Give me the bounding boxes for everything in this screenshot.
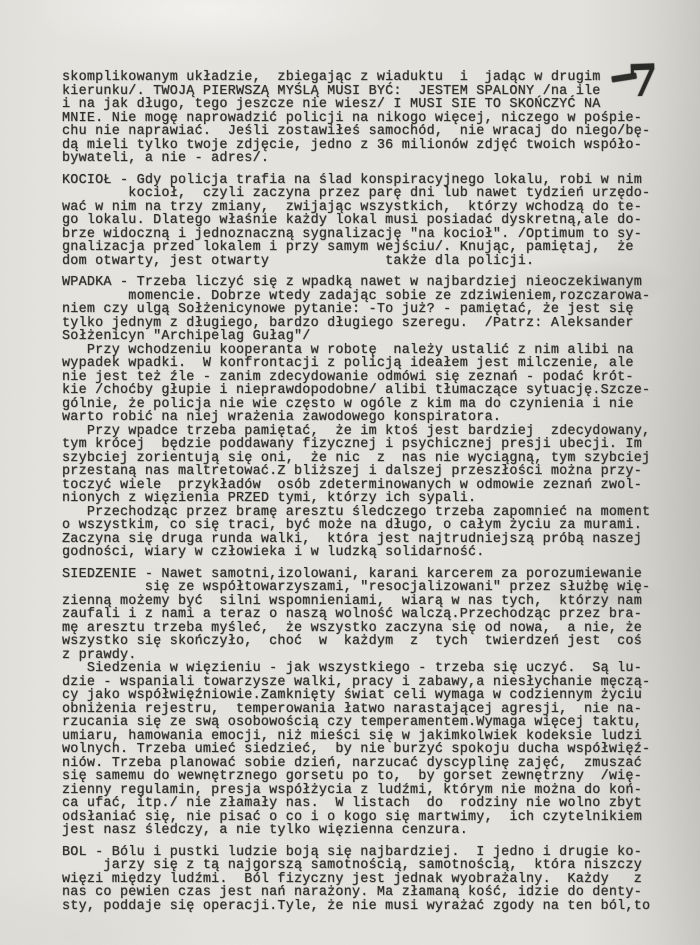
text-column: skomplikowanym układzie, zbiegając z wia… — [62, 71, 672, 913]
text-line: dą mieli tylko twoje zdjęcie, jedno z 36… — [62, 139, 672, 153]
text-line: dzie - wspaniali towarzysze walki, pracy… — [62, 676, 672, 690]
paragraph-kooperant: Przy wchodzeniu kooperanta w robotę nale… — [62, 344, 672, 425]
text-line: zienny regulamin, presja współżycia z lu… — [62, 784, 672, 798]
text-line: tylko jednym z długiego, bardzo długiego… — [62, 317, 672, 331]
text-line: kocioł, czyli zaczyna przez parę dni lub… — [62, 187, 672, 201]
text-line: brze widoczną i jednoznaczną sygnalizacj… — [62, 228, 672, 242]
entry-kociol: KOCIOŁ - Gdy policja trafia na ślad kons… — [62, 174, 672, 269]
text-line: gólnie, że policja nie wie często w ogól… — [62, 398, 672, 412]
text-line: zaufali i z nami a teraz o naszą wolność… — [62, 608, 672, 622]
text-line: niów. Trzeba planować sobie dzień, narzu… — [62, 757, 672, 771]
text-line: momencie. Dobrze wtedy zadając sobie ze … — [62, 290, 672, 304]
text-line: jest nasz śledczy, a nie tylko więzienna… — [62, 824, 672, 838]
text-line: o wszystkim, co się traci, być może na d… — [62, 519, 672, 533]
text-line: niem czy ulgą Sołżenicynowe pytanie: -To… — [62, 303, 672, 317]
text-line: gnalizacja przed lokalem i przy samym we… — [62, 241, 672, 255]
text-line: wszystko się skończyło, choć w każdym z … — [62, 635, 672, 649]
text-line: ca ufać, itp./ nie złamały nas. W listac… — [62, 797, 672, 811]
text-line: więzi między ludźmi. Ból fizyczny jest j… — [62, 873, 672, 887]
text-line: i na jak długo, tego jeszcze nie wiesz/ … — [62, 98, 672, 112]
text-line: wać w nim na trzy zmiany, zwijając wszys… — [62, 201, 672, 215]
text-line: kie /choćby głupie i nieprawdopodobne/ a… — [62, 384, 672, 398]
text-line: z prawdy. — [62, 649, 672, 663]
text-line: warto robić na niej wrażenia zawodowego … — [62, 411, 672, 425]
text-line: obniżenia rejestru, temperowania łatwo n… — [62, 703, 672, 717]
text-line: cy jako współwięźniowie.Zamknięty świat … — [62, 689, 672, 703]
text-line: skomplikowanym układzie, zbiegając z wia… — [62, 71, 672, 85]
text-line: go lokalu. Dlatego właśnie każdy lokal m… — [62, 214, 672, 228]
entry-wpadka: WPADKA - Trzeba liczyć się z wpadką nawe… — [62, 276, 672, 344]
text-line: toczyć wiele przykładów osób zdeterminow… — [62, 479, 672, 493]
paragraph-brama-aresztu: Przechodząc przez bramę aresztu śledczeg… — [62, 506, 672, 560]
page-number: 7 — [627, 63, 659, 100]
text-line: wypadek wpadki. W konfrontacji z policją… — [62, 357, 672, 371]
text-line: KOCIOŁ - Gdy policja trafia na ślad kons… — [62, 174, 672, 188]
text-line: MNIE. Nie mogę naprowadzić policji na ni… — [62, 112, 672, 126]
intro-continuation: skomplikowanym układzie, zbiegając z wia… — [62, 71, 672, 166]
text-line: nie jest też źle - zanim zdecydowanie od… — [62, 371, 672, 385]
text-line: się samemu do wewnętrznego gorsetu po to… — [62, 770, 672, 784]
text-line: WPADKA - Trzeba liczyć się z wpadką nawe… — [62, 276, 672, 290]
text-line: godności, wiary w człowieka i w ludzką s… — [62, 546, 672, 560]
text-line: nas co pewien czas jest nań narażony. Ma… — [62, 886, 672, 900]
text-line: rzucania się ze swą osobowością czy temp… — [62, 716, 672, 730]
text-line: odsłaniać się, nie pisać o co i o kogo s… — [62, 811, 672, 825]
text-line: kierunku/. TWOJĄ PIERWSZĄ MYŚLĄ MUSI BYĆ… — [62, 85, 672, 99]
text-line: mę aresztu trzeba myśleć, że wszystko za… — [62, 622, 672, 636]
text-line: Przechodząc przez bramę aresztu śledczeg… — [62, 506, 672, 520]
text-line: BOL - Bólu i pustki ludzie boją się najb… — [62, 846, 672, 860]
text-line: tym krócej będzie poddawany fizycznej i … — [62, 438, 672, 452]
entry-bol: BOL - Bólu i pustki ludzie boją się najb… — [62, 846, 672, 914]
text-line: przestaną nas maltretować.Z bliższej i d… — [62, 465, 672, 479]
text-line: Siedzenia w więzieniu - jak wszystkiego … — [62, 662, 672, 676]
text-line: dom otwarty, jest otwarty także dla poli… — [62, 255, 672, 269]
text-line: SIEDZENIE - Nawet samotni,izolowani, kar… — [62, 568, 672, 582]
text-line: szybciej zorientują się oni, że nic z na… — [62, 452, 672, 466]
text-line: umiaru, hamowania emocji, niż mieści się… — [62, 730, 672, 744]
text-line: wolnych. Trzeba umieć siedzieć, by nie b… — [62, 743, 672, 757]
text-line: Przy wchodzeniu kooperanta w robotę nale… — [62, 344, 672, 358]
text-line: zienną możemy być silni wspomnieniami, w… — [62, 595, 672, 609]
text-line: Sołżenicyn "Archipelag Gułag"/ — [62, 330, 672, 344]
entry-siedzenie: SIEDZENIE - Nawet samotni,izolowani, kar… — [62, 568, 672, 663]
paragraph-siedzenia-nauka: Siedzenia w więzieniu - jak wszystkiego … — [62, 662, 672, 838]
paragraph-przy-wpadce: Przy wpadce trzeba pamiętać, że im ktoś … — [62, 425, 672, 506]
scanned-typewritten-page: skomplikowanym układzie, zbiegając z wia… — [0, 0, 700, 945]
text-line: Zaczyna się druga runda walki, która jes… — [62, 533, 672, 547]
text-line: się ze współtowarzyszami, "resocjalizowa… — [62, 581, 672, 595]
text-line: jarzy się z tą najgorszą samotnością, sa… — [62, 859, 672, 873]
text-line: bywateli, a nie - adres/. — [62, 152, 672, 166]
text-line: Przy wpadce trzeba pamiętać, że im ktoś … — [62, 425, 672, 439]
page-number-stamp: 7 — [609, 61, 671, 115]
text-line: sty, poddaje się operacji.Tyle, że nie m… — [62, 900, 672, 914]
text-line: nionych z więzienia PRZED tymi, którzy i… — [62, 492, 672, 506]
text-line: chu nie naprawiać. Jeśli zostawiłeś samo… — [62, 125, 672, 139]
